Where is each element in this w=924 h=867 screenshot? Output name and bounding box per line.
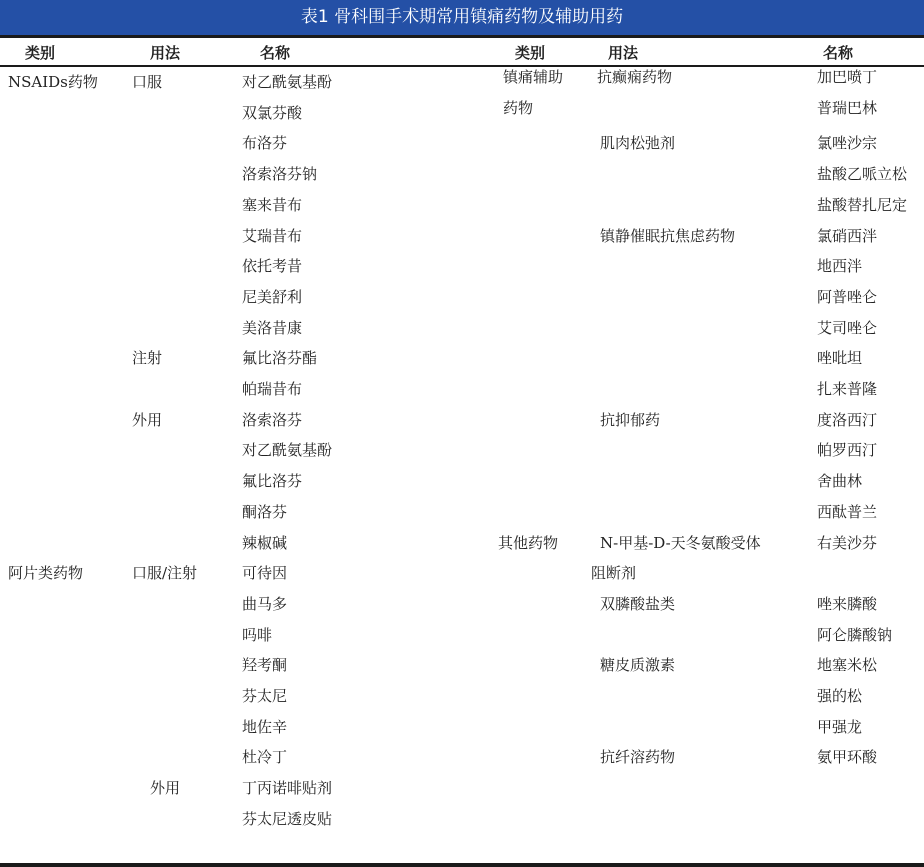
drug-name-cell: 盐酸乙哌立松 — [817, 164, 907, 184]
drug-name-cell: 地塞米松 — [817, 655, 877, 675]
drug-name-cell: 强的松 — [817, 686, 862, 706]
category-cell: 其他药物 — [498, 533, 558, 553]
drug-name-cell: 氨甲环酸 — [817, 747, 877, 767]
drug-name-cell: 普瑞巴林 — [817, 98, 877, 118]
usage-cell: 抗癫痫药物 — [597, 67, 672, 87]
table-title: 表1 骨科围手术期常用镇痛药物及辅助用药 — [0, 0, 924, 35]
header-category-left: 类别 — [25, 42, 55, 63]
usage-cell: 注射 — [132, 348, 162, 368]
drug-name-cell: 地佐辛 — [242, 717, 287, 737]
drug-name-cell: 丁丙诺啡贴剂 — [242, 778, 332, 798]
drug-name-cell: 唑来膦酸 — [817, 594, 877, 614]
usage-cell: 肌肉松弛剂 — [600, 133, 675, 153]
table-header: 类别 用法 名称 类别 用法 名称 — [0, 38, 924, 65]
drug-name-cell: 洛索洛芬 — [242, 410, 302, 430]
drug-name-cell: 美洛昔康 — [242, 318, 302, 338]
drug-name-cell: 曲马多 — [242, 594, 287, 614]
drug-name-cell: 阿普唑仑 — [817, 287, 877, 307]
drug-name-cell: 塞来昔布 — [242, 195, 302, 215]
drug-name-cell: 氯唑沙宗 — [817, 133, 877, 153]
drug-name-cell: 氯硝西泮 — [817, 226, 877, 246]
drug-name-cell: 芬太尼透皮贴 — [242, 809, 332, 829]
drug-name-cell: 度洛西汀 — [817, 410, 877, 430]
drug-name-cell: 唑吡坦 — [817, 348, 862, 368]
usage-cell: 外用 — [132, 410, 162, 430]
bottom-rule — [0, 863, 924, 867]
drug-name-cell: 氟比洛芬 — [242, 471, 302, 491]
drug-name-cell: 阿仑膦酸钠 — [817, 625, 892, 645]
header-usage-right: 用法 — [608, 42, 638, 63]
drug-name-cell: 依托考昔 — [242, 256, 302, 276]
usage-cell: 糖皮质激素 — [600, 655, 675, 675]
drug-name-cell: 双氯芬酸 — [242, 103, 302, 123]
usage-cell: 双膦酸盐类 — [600, 594, 675, 614]
usage-cell: 口服/注射 — [132, 563, 197, 583]
header-usage-left: 用法 — [150, 42, 180, 63]
header-name-right: 名称 — [823, 42, 853, 63]
category-cell: 镇痛辅助 — [503, 67, 563, 87]
drug-name-cell: 酮洛芬 — [242, 502, 287, 522]
usage-cell: 抗纤溶药物 — [600, 747, 675, 767]
usage-cell: 镇静催眠抗焦虑药物 — [600, 226, 735, 246]
header-category-right: 类别 — [515, 42, 545, 63]
drug-name-cell: 羟考酮 — [242, 655, 287, 675]
drug-name-cell: 盐酸替扎尼定 — [817, 195, 907, 215]
category-cell: NSAIDs药物 — [8, 72, 98, 92]
category-cell: 药物 — [503, 98, 533, 118]
drug-name-cell: 洛索洛芬钠 — [242, 164, 317, 184]
drug-name-cell: 加巴喷丁 — [817, 67, 877, 87]
drug-name-cell: 辣椒碱 — [242, 533, 287, 553]
drug-name-cell: 杜冷丁 — [242, 747, 287, 767]
drug-name-cell: 吗啡 — [242, 625, 272, 645]
drug-name-cell: 甲强龙 — [817, 717, 862, 737]
drug-name-cell: 艾瑞昔布 — [242, 226, 302, 246]
drug-name-cell: 氟比洛芬酯 — [242, 348, 317, 368]
drug-name-cell: 对乙酰氨基酚 — [242, 440, 332, 460]
usage-cell: 阻断剂 — [591, 563, 636, 583]
drug-name-cell: 布洛芬 — [242, 133, 287, 153]
usage-cell: N-甲基-D-天冬氨酸受体 — [600, 533, 761, 553]
usage-cell: 口服 — [132, 72, 162, 92]
drug-name-cell: 地西泮 — [817, 256, 862, 276]
drug-name-cell: 对乙酰氨基酚 — [242, 72, 332, 92]
drug-name-cell: 西酞普兰 — [817, 502, 877, 522]
usage-cell: 外用 — [150, 778, 180, 798]
drug-name-cell: 芬太尼 — [242, 686, 287, 706]
drug-name-cell: 艾司唑仑 — [817, 318, 877, 338]
drug-name-cell: 帕罗西汀 — [817, 440, 877, 460]
drug-name-cell: 尼美舒利 — [242, 287, 302, 307]
drug-name-cell: 舍曲林 — [817, 471, 862, 491]
drug-name-cell: 帕瑞昔布 — [242, 379, 302, 399]
drug-name-cell: 右美沙芬 — [817, 533, 877, 553]
drug-name-cell: 可待因 — [242, 563, 287, 583]
header-rule — [0, 65, 924, 67]
usage-cell: 抗抑郁药 — [600, 410, 660, 430]
drug-name-cell: 扎来普隆 — [817, 379, 877, 399]
header-name-left: 名称 — [260, 42, 290, 63]
category-cell: 阿片类药物 — [8, 563, 83, 583]
